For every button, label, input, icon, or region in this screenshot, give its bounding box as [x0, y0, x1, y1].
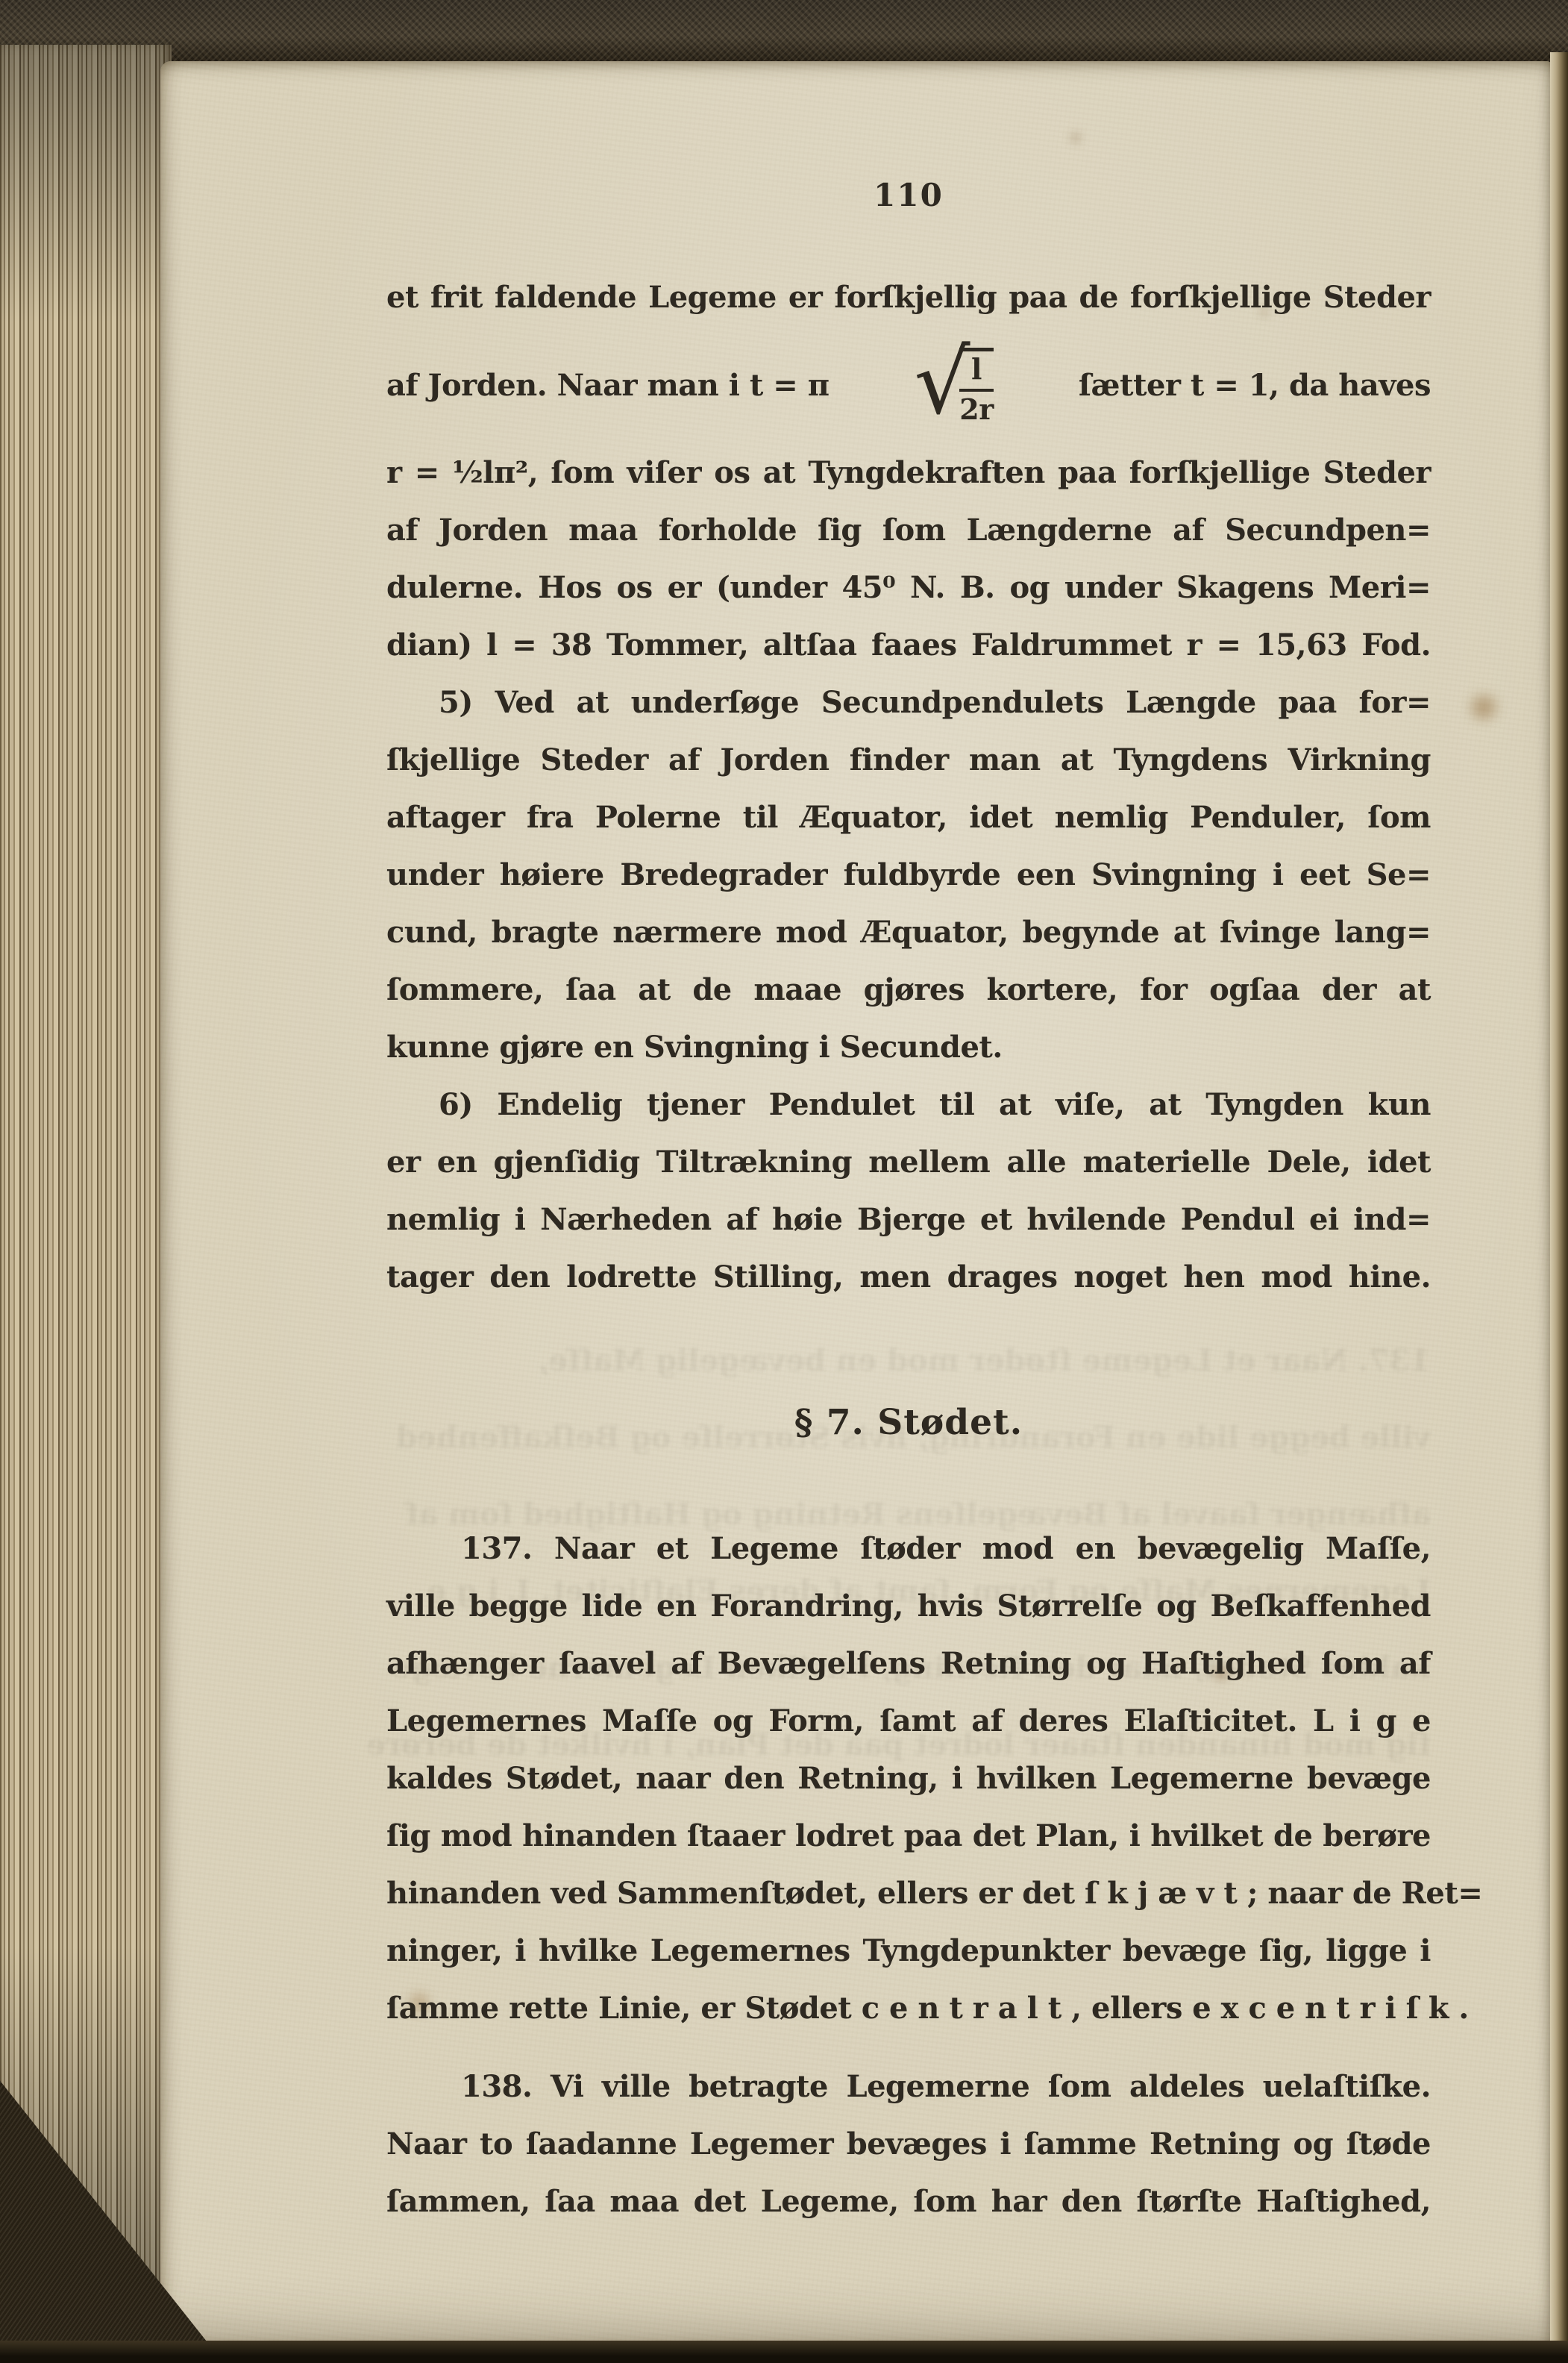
text-line: nemlig i Nærheden af høie Bjerge et hvil…	[386, 1191, 1431, 1248]
book-page: 137. Naar et Legeme ſtøder mod en bevæge…	[160, 61, 1552, 2343]
text-line: dulerne. Hos os er (under 45⁰ N. B. og u…	[386, 559, 1431, 616]
square-root: √ l 2r	[914, 346, 994, 425]
text-line: r = ½lπ², ſom viſer os at Tyngdekraften …	[386, 444, 1431, 501]
text-line: afhænger ſaavel af Bevægelſens Retning o…	[386, 1635, 1431, 1692]
text-line: Legemernes Maſſe og Form, ſamt af deres …	[386, 1692, 1431, 1750]
paragraph-continuation: r = ½lπ², ſom viſer os at Tyngdekraften …	[386, 444, 1431, 1306]
text-line: under høiere Bredegrader fuldbyrde een S…	[386, 846, 1431, 904]
text-line: Naar to ſaadanne Legemer bevæges i ſamme…	[386, 2115, 1431, 2173]
text-line: ville begge lide en Forandring, hvis Stø…	[386, 1577, 1431, 1635]
text-line: 6) Endelig tjener Pendulet til at viſe, …	[386, 1076, 1431, 1133]
book-bottom-edge	[0, 2341, 1568, 2363]
foxing-stain	[1462, 692, 1505, 723]
text-line: 5) Ved at underſøge Secundpendulets Læng…	[386, 674, 1431, 731]
page-text: et frit faldende Legeme er forſkjellig p…	[386, 269, 1431, 2230]
page-number: 110	[386, 177, 1431, 213]
book-page-edges-left	[0, 45, 172, 2363]
text-line: et frit faldende Legeme er forſkjellig p…	[386, 269, 1431, 326]
facing-page-edge	[1550, 52, 1568, 2345]
paragraph-138: 138. Vi ville betragte Legemerne ſom ald…	[386, 2058, 1431, 2230]
text-line: kunne gjøre en Svingning i Secundet.	[386, 1018, 1431, 1076]
formula-suffix: ſætter t = 1, da haves	[1079, 357, 1431, 414]
text-line: kaldes Stødet, naar den Retning, i hvilk…	[386, 1750, 1431, 1807]
book-cover-top-edge	[0, 0, 1568, 67]
text-line: ninger, i hvilke Legemernes Tyngdepunkte…	[386, 1922, 1431, 1979]
paragraph-137: 137. Naar et Legeme ſtøder mod en bevæge…	[386, 1520, 1431, 2037]
text-line: 137. Naar et Legeme ſtøder mod en bevæge…	[386, 1520, 1431, 1577]
paragraph-continuation: et frit faldende Legeme er forſkjellig p…	[386, 269, 1431, 326]
book-photo: 137. Naar et Legeme ſtøder mod en bevæge…	[0, 0, 1568, 2363]
text-line: af Jorden maa forholde ſig ſom Længderne…	[386, 501, 1431, 559]
fraction-denominator: 2r	[959, 392, 993, 425]
fraction-numerator: l	[959, 351, 994, 392]
formula-line: af Jorden. Naar man i t = π √ l 2r ſætte…	[386, 326, 1431, 444]
text-line: cund, bragte nærmere mod Æquator, begynd…	[386, 904, 1431, 961]
fraction: l 2r	[959, 348, 994, 425]
paper-speck	[1069, 132, 1082, 143]
formula-prefix: af Jorden. Naar man i t = π	[386, 357, 829, 414]
text-line: aftager fra Polerne til Æquator, idet ne…	[386, 789, 1431, 846]
text-line: ſamme rette Linie, er Stødet c e n t r a…	[386, 1979, 1431, 2037]
text-line: tager den lodrette Stilling, men drages …	[386, 1248, 1431, 1306]
section-heading: § 7. Stødet.	[386, 1394, 1431, 1451]
text-line: er en gjenſidig Tiltrækning mellem alle …	[386, 1133, 1431, 1191]
text-line: ſommere, ſaa at de maae gjøres kortere, …	[386, 961, 1431, 1018]
text-line: ſammen, ſaa maa det Legeme, ſom har den …	[386, 2173, 1431, 2230]
text-line: ſkjellige Steder af Jorden finder man at…	[386, 731, 1431, 789]
text-line: dian) l = 38 Tommer, altſaa faaes Faldru…	[386, 616, 1431, 674]
text-line: ſig mod hinanden ſtaaer lodret paa det P…	[386, 1807, 1431, 1865]
text-line: 138. Vi ville betragte Legemerne ſom ald…	[386, 2058, 1431, 2115]
text-line: hinanden ved Sammenſtødet, ellers er det…	[386, 1865, 1431, 1922]
